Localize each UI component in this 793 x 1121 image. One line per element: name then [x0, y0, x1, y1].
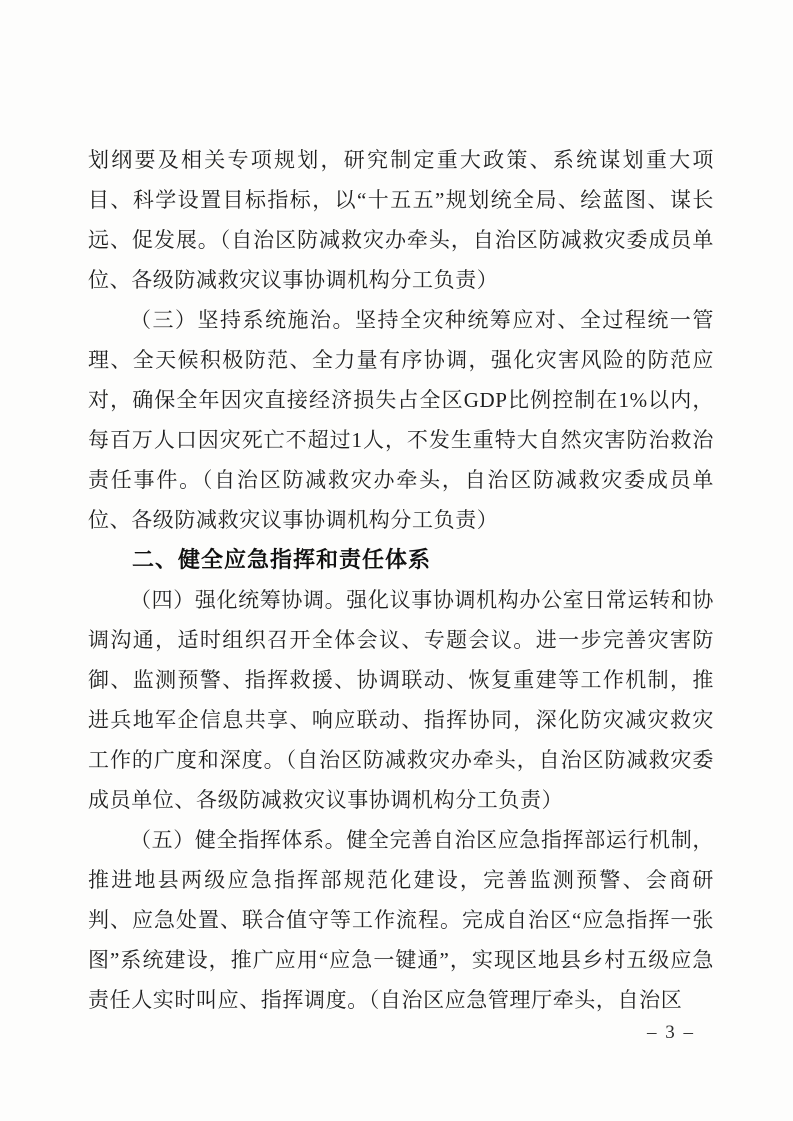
- paragraph-item-3: （三）坚持系统施治。坚持全灾种统筹应对、全过程统一管理、全天候积极防范、全力量有…: [88, 300, 714, 540]
- section-heading-2: 二、健全应急指挥和责任体系: [88, 540, 714, 580]
- document-page: 划纲要及相关专项规划，研究制定重大政策、系统谋划重大项目、科学设置目标指标，以“…: [0, 0, 793, 1121]
- paragraph-continuation: 划纲要及相关专项规划，研究制定重大政策、系统谋划重大项目、科学设置目标指标，以“…: [88, 140, 714, 300]
- paragraph-item-4: （四）强化统筹协调。强化议事协调机构办公室日常运转和协调沟通，适时组织召开全体会…: [88, 580, 714, 820]
- paragraph-item-5: （五）健全指挥体系。健全完善自治区应急指挥部运行机制，推进地县两级应急指挥部规范…: [88, 820, 714, 1020]
- page-number: – 3 –: [647, 1022, 695, 1044]
- document-body: 划纲要及相关专项规划，研究制定重大政策、系统谋划重大项目、科学设置目标指标，以“…: [88, 140, 714, 1020]
